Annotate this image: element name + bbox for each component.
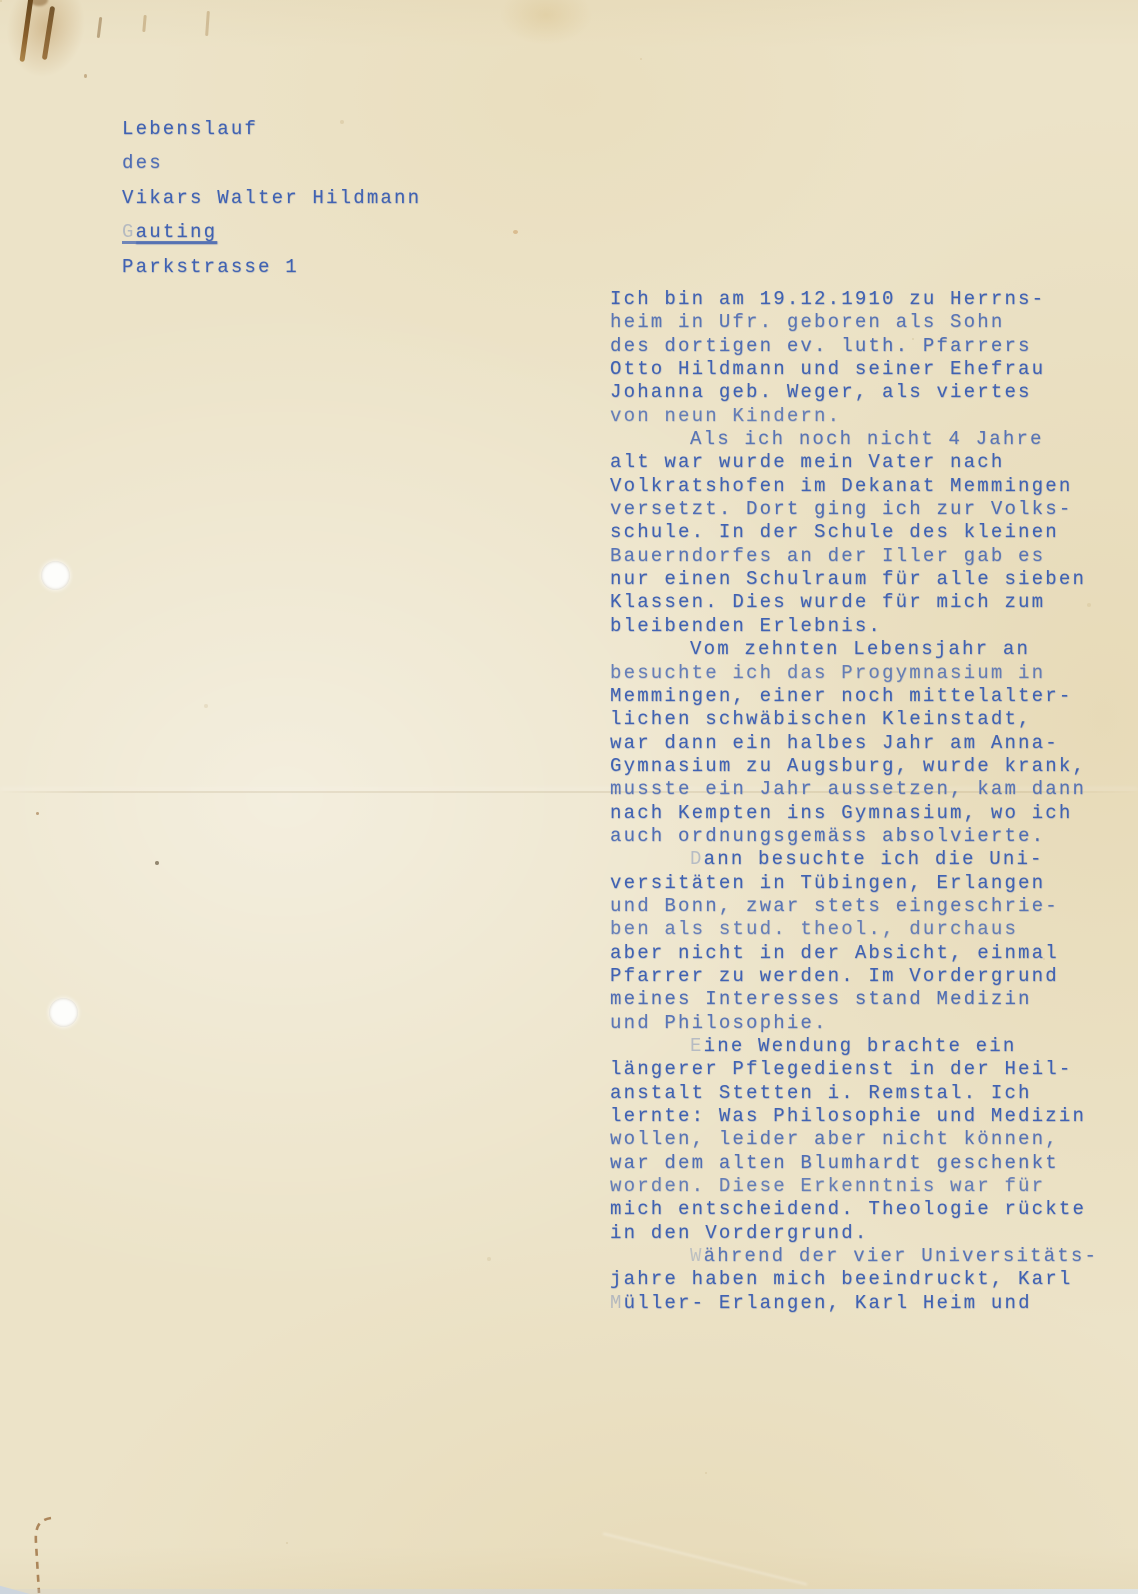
body-line: Volkratshofen im Dekanat Memmingen [610, 475, 1098, 498]
body-line: Als ich noch nicht 4 Jahre [610, 428, 1098, 451]
body-line: worden. Diese Erkenntnis war für [610, 1175, 1098, 1198]
body-line: des dortigen ev. luth. Pfarrers [610, 335, 1098, 358]
body-line: nach Kempten ins Gymnasium, wo ich [610, 802, 1098, 825]
body-line: Pfarrer zu werden. Im Vordergrund [610, 965, 1098, 988]
body-line: Dann besuchte ich die Uni- [610, 848, 1098, 871]
paper-speck [155, 861, 159, 865]
body-line: war dem alten Blumhardt geschenkt [610, 1152, 1098, 1175]
body-line: bleibenden Erlebnis. [610, 615, 1098, 638]
body-line: Johanna geb. Weger, als viertes [610, 381, 1098, 404]
body-line: Eine Wendung brachte ein [610, 1035, 1098, 1058]
header-line: Vikars Walter Hildmann [122, 181, 421, 215]
body-line: Klassen. Dies wurde für mich zum [610, 591, 1098, 614]
header-line: Parkstrasse 1 [122, 250, 421, 284]
paper-speck [84, 74, 87, 78]
body-line: alt war wurde mein Vater nach [610, 451, 1098, 474]
body-line: Memmingen, einer noch mittelalter- [610, 685, 1098, 708]
paper-speckles [0, 0, 2, 2]
body-line: jahre haben mich beeindruckt, Karl [610, 1268, 1098, 1291]
body-line: aber nicht in der Absicht, einmal [610, 942, 1098, 965]
body-line: anstalt Stetten i. Remstal. Ich [610, 1082, 1098, 1105]
body-line: mich entscheidend. Theologie rückte [610, 1198, 1098, 1221]
body-line: Ich bin am 19.12.1910 zu Herrns- [610, 288, 1098, 311]
body-line: schule. In der Schule des kleinen [610, 521, 1098, 544]
body-line: längerer Pflegedienst in der Heil- [610, 1058, 1098, 1081]
punch-hole-top [41, 561, 70, 590]
body-line: ben als stud. theol., durchaus [610, 918, 1098, 941]
letterhead-block: LebenslaufdesVikars Walter HildmannGauti… [122, 112, 421, 284]
header-line: des [122, 146, 421, 180]
body-line: nur einen Schulraum für alle sieben [610, 568, 1098, 591]
body-line: versetzt. Dort ging ich zur Volks- [610, 498, 1098, 521]
body-line: musste ein Jahr aussetzen, kam dann [610, 778, 1098, 801]
body-line: heim in Ufr. geboren als Sohn [610, 311, 1098, 334]
rust-hook-mark [25, 1515, 59, 1594]
body-line: Müller- Erlangen, Karl Heim und [610, 1292, 1098, 1315]
body-line: besuchte ich das Progymnasium in [610, 662, 1098, 685]
body-line: auch ordnungsgemäss absolvierte. [610, 825, 1098, 848]
punch-hole-bottom [49, 998, 78, 1027]
rust-mark-small-3 [205, 11, 210, 36]
body-line: von neun Kindern. [610, 405, 1098, 428]
header-line: Gauting [122, 215, 217, 249]
paper-speck [513, 230, 518, 234]
body-line: Gymnasium zu Augsburg, wurde krank, [610, 755, 1098, 778]
body-line: meines Interesses stand Medizin [610, 988, 1098, 1011]
body-line: lichen schwäbischen Kleinstadt, [610, 708, 1098, 731]
body-line: und Philosophie. [610, 1012, 1098, 1035]
body-line: Während der vier Universitäts- [610, 1245, 1098, 1268]
body-line: Bauerndorfes an der Iller gab es [610, 545, 1098, 568]
body-line: Otto Hildmann und seiner Ehefrau [610, 358, 1098, 381]
body-line: war dann ein halbes Jahr am Anna- [610, 732, 1098, 755]
paper-speck [36, 812, 39, 815]
scan-edge-bottom [0, 1589, 1138, 1594]
body-line: in den Vordergrund. [610, 1222, 1098, 1245]
body-line: versitäten in Tübingen, Erlangen [610, 872, 1098, 895]
scanned-document-page: LebenslaufdesVikars Walter HildmannGauti… [0, 0, 1138, 1594]
body-line: wollen, leider aber nicht können, [610, 1128, 1098, 1151]
body-line: lernte: Was Philosophie und Medizin [610, 1105, 1098, 1128]
body-line: und Bonn, zwar stets eingeschrie- [610, 895, 1098, 918]
rust-mark-small-2 [142, 15, 146, 32]
rust-mark-small-1 [97, 17, 103, 38]
body-line: Vom zehnten Lebensjahr an [610, 638, 1098, 661]
header-line: Lebenslauf [122, 112, 421, 146]
diagonal-crease [603, 1533, 807, 1586]
paper-stain-top [498, 0, 594, 46]
body-text-column: Ich bin am 19.12.1910 zu Herrns-heim in … [610, 288, 1098, 1315]
